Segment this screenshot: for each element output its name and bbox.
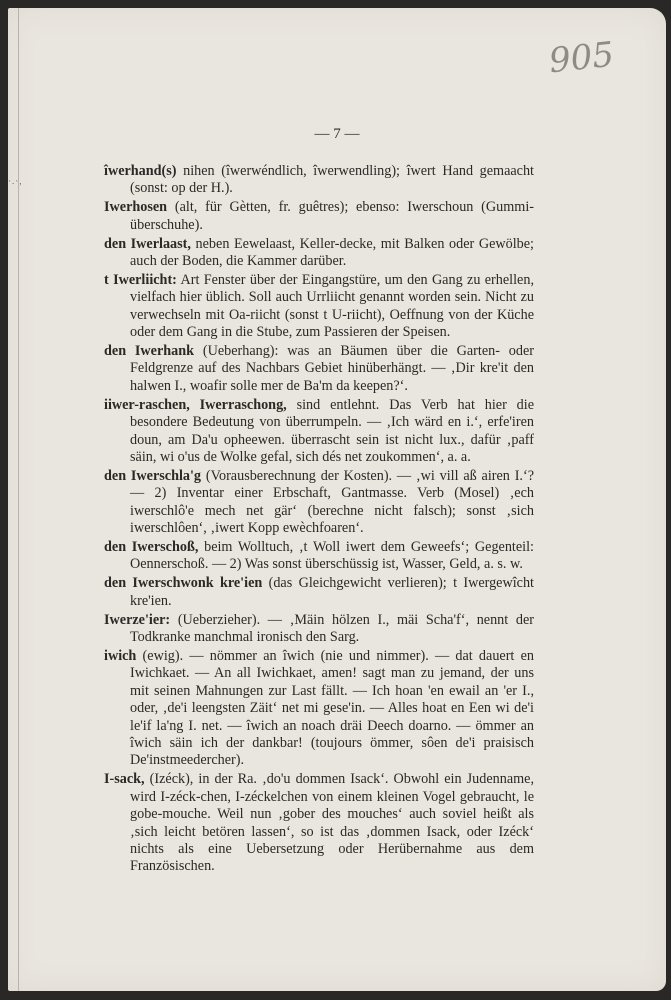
dictionary-entry: Iwerhosen (alt, für Gètten, fr. guêtres)… bbox=[104, 199, 534, 234]
entry-headword: îwerhand(s) bbox=[104, 163, 177, 179]
dictionary-entry: den Iwerschwonk kre'ien (das Gleichgewic… bbox=[104, 575, 534, 610]
entry-text: nihen (îwerwéndlich, îwerwendling); îwer… bbox=[130, 163, 534, 196]
page-number: — 7 — bbox=[8, 126, 666, 143]
entry-text: neben Eewelaast, Keller-decke, mit Balke… bbox=[130, 236, 534, 269]
entry-text: (alt, für Gètten, fr. guêtres); ebenso: … bbox=[130, 199, 534, 232]
margin-mark: ·.·, bbox=[8, 176, 23, 186]
entry-headword: t Iwerliicht: bbox=[104, 272, 177, 288]
entry-headword: iiwer-raschen, Iwerraschong, bbox=[104, 397, 287, 413]
dictionary-entry: Iwerze'ier: (Ueberzieher). — ‚Mäin hölze… bbox=[104, 612, 534, 647]
dictionary-entry: I-sack, (Izéck), in der Ra. ‚do'u dommen… bbox=[104, 771, 534, 875]
dictionary-entry: den Iwerhank (Ueberhang): was an Bäumen … bbox=[104, 343, 534, 395]
dictionary-entries: îwerhand(s) nihen (îwerwéndlich, îwerwen… bbox=[104, 163, 534, 877]
entry-headword: den Iwerhank bbox=[104, 343, 194, 359]
dictionary-entry: den Iwerschla'g (Vorausberechnung der Ko… bbox=[104, 468, 534, 538]
dictionary-entry: îwerhand(s) nihen (îwerwéndlich, îwerwen… bbox=[104, 163, 534, 198]
dictionary-entry: iiwer-raschen, Iwerraschong, sind entleh… bbox=[104, 397, 534, 467]
dictionary-entry: den Iwerlaast, neben Eewelaast, Keller-d… bbox=[104, 236, 534, 271]
entry-text: (ewig). — nömmer an îwich (nie und nimme… bbox=[130, 648, 534, 768]
entry-headword: Iwerze'ier: bbox=[104, 612, 170, 628]
handwritten-annotation: 905 bbox=[547, 35, 616, 82]
entry-text: Art Fenster über der Eingangstüre, um de… bbox=[130, 272, 534, 340]
dictionary-entry: iwich (ewig). — nömmer an îwich (nie und… bbox=[104, 648, 534, 770]
dictionary-entry: t Iwerliicht: Art Fenster über der Einga… bbox=[104, 272, 534, 342]
entry-headword: Iwerhosen bbox=[104, 199, 167, 215]
entry-headword: den Iwerschwonk kre'ien bbox=[104, 575, 262, 591]
entry-headword: den Iwerlaast, bbox=[104, 236, 191, 252]
entry-text: (Izéck), in der Ra. ‚do'u dommen Isack‘.… bbox=[130, 771, 534, 874]
entry-text: (Ueberzieher). — ‚Mäin hölzen I., mäi Sc… bbox=[130, 612, 534, 645]
entry-headword: iwich bbox=[104, 648, 136, 664]
document-page: ·.·, 905 — 7 — îwerhand(s) nihen (îwerwé… bbox=[8, 8, 666, 991]
page-fold-line bbox=[18, 8, 19, 991]
entry-headword: den Iwerschoß, bbox=[104, 539, 198, 555]
entry-headword: den Iwerschla'g bbox=[104, 468, 201, 484]
dictionary-entry: den Iwerschoß, beim Wolltuch, ‚t Woll iw… bbox=[104, 539, 534, 574]
entry-headword: I-sack, bbox=[104, 771, 145, 787]
